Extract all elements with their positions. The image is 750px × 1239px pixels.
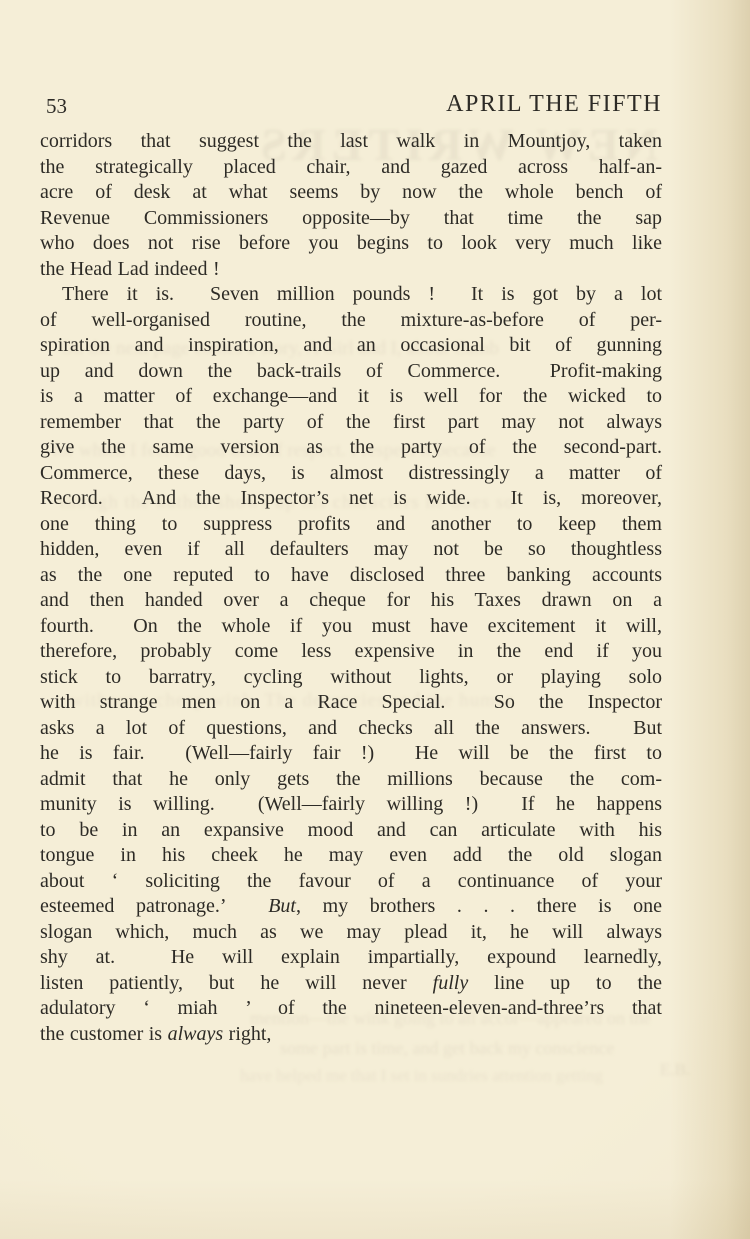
text-line: as the one reputed to have disclosed thr… xyxy=(40,563,662,589)
text-line: shy at. He will explain impartially, exp… xyxy=(40,945,662,971)
page-number: 53 xyxy=(46,94,67,119)
book-page: { "page": { "number": "53", "running_hea… xyxy=(0,0,750,1239)
page-bottom-shading xyxy=(0,1179,750,1239)
text-line: There it is. Seven million pounds ! It i… xyxy=(40,282,662,308)
ghost-text-fragment: have helped me that I set in sundries at… xyxy=(240,1066,603,1086)
ghost-text-fragment: E.B. xyxy=(660,1060,690,1080)
text-line: munity is willing. (Well—fairly willing … xyxy=(40,792,662,818)
text-line: therefore, probably come less expensive … xyxy=(40,639,662,665)
text-line: is a matter of exchange—and it is well f… xyxy=(40,384,662,410)
text-line: spiration and inspiration, and an occasi… xyxy=(40,333,662,359)
text-line: the customer is always right, xyxy=(40,1022,662,1048)
text-line: listen patiently, but he will never full… xyxy=(40,971,662,997)
text-line: acre of desk at what seems by now the wh… xyxy=(40,180,662,206)
text-line: with strange men on a Race Special. So t… xyxy=(40,690,662,716)
text-line: remember that the party of the first par… xyxy=(40,410,662,436)
text-line: Revenue Commissioners opposite—by that t… xyxy=(40,206,662,232)
text-line: to be in an expansive mood and can artic… xyxy=(40,818,662,844)
text-line: about ‘ soliciting the favour of a conti… xyxy=(40,869,662,895)
text-line: one thing to suppress profits and anothe… xyxy=(40,512,662,538)
text-line: corridors that suggest the last walk in … xyxy=(40,129,662,155)
text-line: the strategically placed chair, and gaze… xyxy=(40,155,662,181)
text-line: stick to barratry, cycling without light… xyxy=(40,665,662,691)
page-body: corridors that suggest the last walk in … xyxy=(40,129,662,1047)
text-line: the Head Lad indeed ! xyxy=(40,257,662,283)
text-line: adulatory ‘ miah ’ of the nineteen-eleve… xyxy=(40,996,662,1022)
running-header: APRIL THE FIFTH xyxy=(446,91,662,118)
text-line: and then handed over a cheque for his Ta… xyxy=(40,588,662,614)
text-line: esteemed patronage.’ But, my brothers . … xyxy=(40,894,662,920)
text-line: up and down the back-trails of Commerce.… xyxy=(40,359,662,385)
text-line: asks a lot of questions, and checks all … xyxy=(40,716,662,742)
text-line: give the same version as the party of th… xyxy=(40,435,662,461)
text-line: fourth. On the whole if you must have ex… xyxy=(40,614,662,640)
text-line: Record. And the Inspector’s net is wide.… xyxy=(40,486,662,512)
page-edge-shading xyxy=(670,0,750,1239)
text-line: Commerce, these days, is almost distress… xyxy=(40,461,662,487)
text-line: hidden, even if all defaulters may not b… xyxy=(40,537,662,563)
text-line: slogan which, much as we may plead it, h… xyxy=(40,920,662,946)
text-line: tongue in his cheek he may even add the … xyxy=(40,843,662,869)
text-line: of well-organised routine, the mixture-a… xyxy=(40,308,662,334)
text-line: admit that he only gets the millions bec… xyxy=(40,767,662,793)
text-line: he is fair. (Well—fairly fair !) He will… xyxy=(40,741,662,767)
text-line: who does not rise before you begins to l… xyxy=(40,231,662,257)
